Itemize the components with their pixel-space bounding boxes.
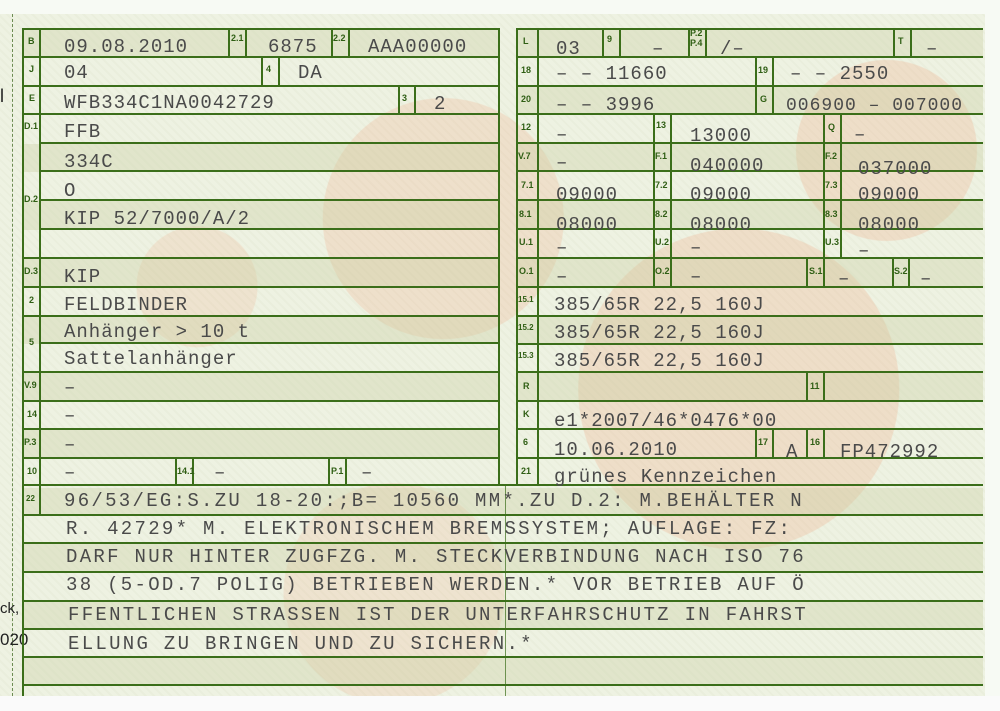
field-code-12: 12: [521, 122, 531, 132]
axle-load-1: 09000: [556, 184, 618, 206]
field-code-7-2: 7.2: [655, 180, 668, 190]
vin: WFB334C1NA0042729: [64, 92, 275, 114]
field-code-r: R: [523, 381, 530, 391]
tank-volume: –: [556, 124, 568, 146]
vehicle-category-line-2: Sattelanhänger: [64, 348, 238, 370]
type-approval-number: e1*2007/46*0476*00: [554, 410, 777, 432]
registration-number: FP472992: [840, 441, 939, 463]
remarks-line: 38 (5-OD.7 POLIG) BETRIEBEN WERDEN.* VOR…: [66, 574, 806, 596]
field-code-o2: O.2: [655, 266, 670, 276]
axle-load-3: 09000: [858, 184, 920, 206]
max-mass-technical: 040000: [690, 155, 764, 177]
field-code-7-3: 7.3: [825, 180, 838, 190]
manufacturer-code: 6875: [268, 36, 318, 58]
stationary-noise: –: [556, 237, 568, 259]
type-line-2: O: [64, 180, 76, 202]
field-code-v9: V.9: [24, 380, 37, 390]
type-code: AAA00000: [368, 36, 467, 58]
tyre-axle-3: 385/65R 22,5 160J: [554, 350, 765, 372]
field-code-p3: P.3: [24, 437, 36, 447]
field-code-19: 19: [758, 65, 768, 75]
power-weight-ratio: –: [854, 124, 866, 146]
field-code-e: E: [29, 93, 35, 103]
field-code-2-2: 2.2: [333, 33, 346, 43]
displacement: –: [361, 462, 373, 484]
field-code-21: 21: [521, 466, 531, 476]
field-code-o1: O.1: [519, 266, 534, 276]
remarks-line: ELLUNG ZU BRINGEN UND ZU SICHERN.*: [68, 633, 534, 655]
approval-date: 10.06.2010: [554, 439, 678, 461]
margin-mark-bottom-1: ck,: [0, 600, 19, 617]
field-code-v7: V.7: [518, 151, 531, 161]
support-load: 13000: [690, 125, 752, 147]
co2: –: [556, 152, 568, 174]
field-code-8-3: 8.3: [825, 209, 838, 219]
plate-type: grünes Kennzeichen: [554, 466, 777, 488]
field-code-6: 6: [523, 437, 528, 447]
remarks-line: R. 42729* M. ELEKTRONISCHEM BREMSSYSTEM;…: [66, 518, 792, 540]
field-code-q: Q: [828, 122, 835, 132]
field-code-k: K: [523, 409, 530, 419]
width: – – 2550: [790, 63, 889, 85]
field-code-d3: D.3: [24, 266, 38, 276]
max-speed: –: [926, 38, 938, 60]
margin-mark-bottom-2: 020: [0, 630, 28, 650]
field-code-11: 11: [810, 381, 820, 391]
field-code-t: T: [898, 36, 904, 46]
body-type: DA: [298, 62, 323, 84]
standing-places: –: [920, 268, 932, 290]
remarks-line: DARF NUR HINTER ZUGFZG. M. STECKVERBINDU…: [66, 546, 806, 568]
field-code-14: 14: [27, 409, 37, 419]
field-code-2-1: 2.1: [231, 33, 244, 43]
field-code-l: L: [523, 36, 529, 46]
vehicle-class: 04: [64, 62, 89, 84]
axle-count: 03: [556, 38, 581, 60]
field-code-u3: U.3: [825, 237, 839, 247]
field-code-f1: F.1: [655, 151, 667, 161]
engine-speed-noise: –: [690, 237, 702, 259]
power-rpm: /–: [720, 38, 745, 60]
field-code-13: 13: [656, 120, 666, 130]
check-digit: 2: [434, 93, 446, 115]
first-registration-date: 09.08.2010: [64, 36, 188, 58]
field-code-15-2: 15.2: [518, 323, 534, 332]
driven-axles: –: [652, 38, 664, 60]
tyre-axle-1: 385/65R 22,5 160J: [554, 294, 765, 316]
scan-margin: [0, 696, 1000, 711]
field-code-s1: S.1: [809, 266, 823, 276]
field-code-9: 9: [607, 34, 612, 44]
field-code-16: 16: [810, 437, 820, 447]
emission-designation: –: [64, 405, 76, 427]
margin-mark-top: l: [0, 86, 4, 107]
field-code-18: 18: [521, 65, 531, 75]
permitted-axle-load-3: 08000: [858, 214, 920, 236]
empty-mass: 006900 – 007000: [786, 96, 963, 116]
axle-load-2: 09000: [690, 184, 752, 206]
field-code-20: 20: [521, 94, 531, 104]
remarks-line: FFENTLICHEN STRASSEN IST DER UNTERFAHRSC…: [68, 604, 808, 626]
field-code-7-1: 7.1: [521, 180, 534, 190]
field-code-4: 4: [266, 64, 271, 74]
operating-permit-code: A: [786, 441, 798, 463]
field-code-b: B: [28, 36, 35, 46]
field-code-14-1: 14.1: [177, 466, 195, 476]
field-code-3: 3: [402, 93, 407, 103]
perforation-edge: [12, 14, 13, 696]
field-code-f2: F.2: [825, 151, 837, 161]
field-code-u1: U.1: [519, 237, 533, 247]
driving-noise: –: [858, 240, 870, 262]
max-mass-permitted: 037000: [858, 158, 932, 180]
remarks-line: 96/53/EG:S.ZU 18-20:;B= 10560 MM*.ZU D.2…: [64, 490, 804, 512]
vehicle-category-line-1: Anhänger > 10 t: [64, 321, 250, 343]
tyre-axle-2: 385/65R 22,5 160J: [554, 322, 765, 344]
field-code-u2: U.2: [655, 237, 669, 247]
field-code-d2: D.2: [24, 194, 38, 204]
manufacturer-name: FELDBINDER: [64, 294, 188, 316]
field-code-15-3: 15.3: [518, 351, 534, 360]
field-code-j: J: [29, 64, 34, 74]
field-code-s2: S.2: [894, 266, 908, 276]
field-code-p1: P.1: [331, 466, 343, 476]
emission-code: –: [214, 462, 226, 484]
field-code-15-1: 15.1: [518, 295, 534, 304]
height: – – 3996: [556, 94, 655, 116]
length: – – 11660: [556, 63, 668, 85]
field-code-22: 22: [26, 494, 35, 503]
fuel-type: –: [64, 434, 76, 456]
field-code-g: G: [760, 94, 767, 104]
field-code-5: 5: [29, 337, 34, 347]
field-code-2: 2: [29, 295, 34, 305]
brand: FFB: [64, 121, 101, 143]
field-code-17: 17: [758, 437, 768, 447]
field-code-d1: D.1: [24, 121, 38, 131]
seats: –: [838, 268, 850, 290]
type-line-1: 334C: [64, 151, 114, 173]
trade-name: KIP: [64, 266, 101, 288]
unbraked-trailer-load: –: [690, 266, 702, 288]
type-line-3: KIP 52/7000/A/2: [64, 208, 250, 230]
field-code-8-1: 8.1: [519, 209, 532, 219]
field-code-p2-p4: P.2 P.4: [690, 28, 704, 48]
permitted-axle-load-1: 08000: [556, 214, 618, 236]
braked-trailer-load: –: [556, 266, 568, 288]
emission-class: –: [64, 377, 76, 399]
permitted-axle-load-2: 08000: [690, 214, 752, 236]
field-code-8-2: 8.2: [655, 209, 668, 219]
fuel-code: –: [64, 462, 76, 484]
field-code-10: 10: [27, 466, 37, 476]
